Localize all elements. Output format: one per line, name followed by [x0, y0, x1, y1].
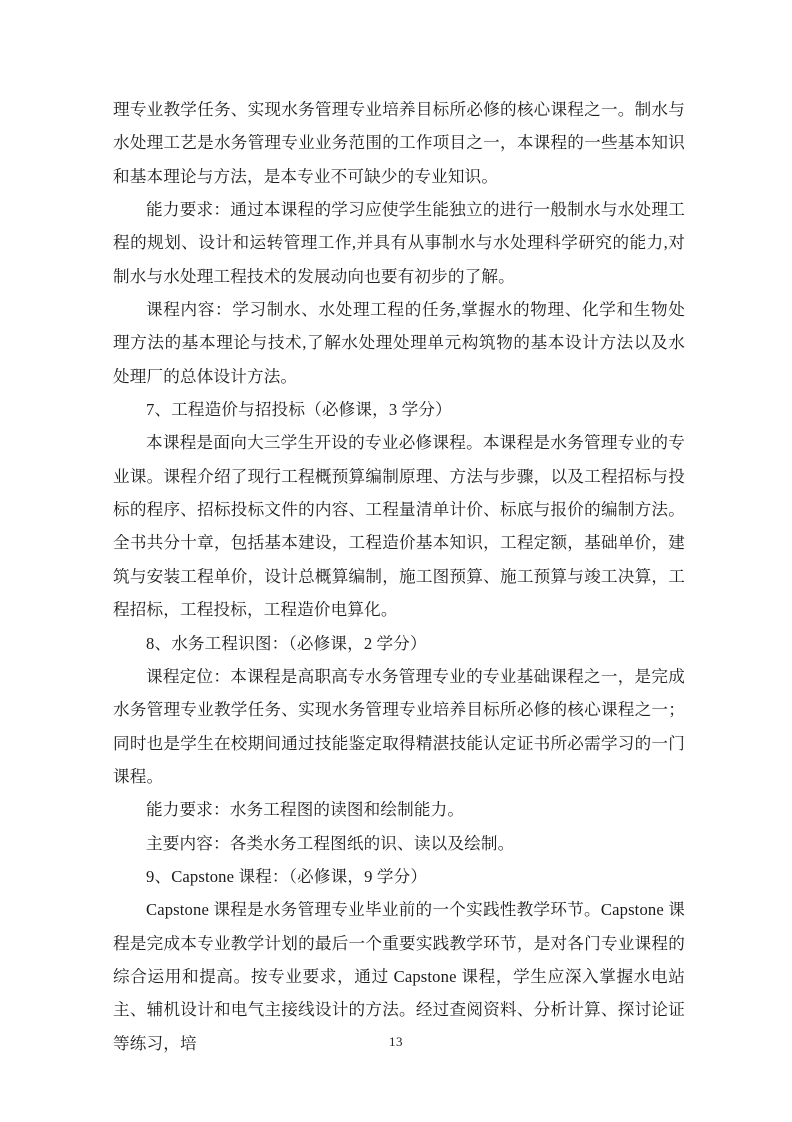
document-body: 理专业教学任务、实现水务管理专业培养目标所必修的核心课程之一。制水与水处理工艺是…	[113, 93, 685, 1060]
course-7-heading: 7、工程造价与招投标（必修课，3 学分）	[113, 393, 685, 426]
paragraph-ability-requirements: 能力要求：通过本课程的学习应使学生能独立的进行一般制水与水处理工程的规划、设计和…	[113, 193, 685, 293]
page-sheet: 理专业教学任务、实现水务管理专业培养目标所必修的核心课程之一。制水与水处理工艺是…	[0, 0, 792, 1122]
paragraph-course-positioning: 课程定位：本课程是高职高专水务管理专业的专业基础课程之一，是完成水务管理专业教学…	[113, 660, 685, 793]
document-page: { "document": { "paragraphs": [ { "text"…	[0, 0, 792, 1122]
course-9-heading: 9、Capstone 课程：（必修课，9 学分）	[113, 860, 685, 893]
paragraph-main-content: 主要内容：各类水务工程图纸的识、读以及绘制。	[113, 827, 685, 860]
paragraph-continuation: 理专业教学任务、实现水务管理专业培养目标所必修的核心课程之一。制水与水处理工艺是…	[113, 93, 685, 193]
paragraph-course-7-description: 本课程是面向大三学生开设的专业必修课程。本课程是水务管理专业的专业课。课程介绍了…	[113, 426, 685, 626]
page-number: 13	[389, 1034, 403, 1049]
course-8-heading: 8、水务工程识图：（必修课，2 学分）	[113, 627, 685, 660]
paragraph-ability-requirements-2: 能力要求：水务工程图的读图和绘制能力。	[113, 793, 685, 826]
paragraph-course-content: 课程内容：学习制水、水处理工程的任务,掌握水的物理、化学和生物处理方法的基本理论…	[113, 293, 685, 393]
page-footer: 13	[0, 1033, 792, 1051]
